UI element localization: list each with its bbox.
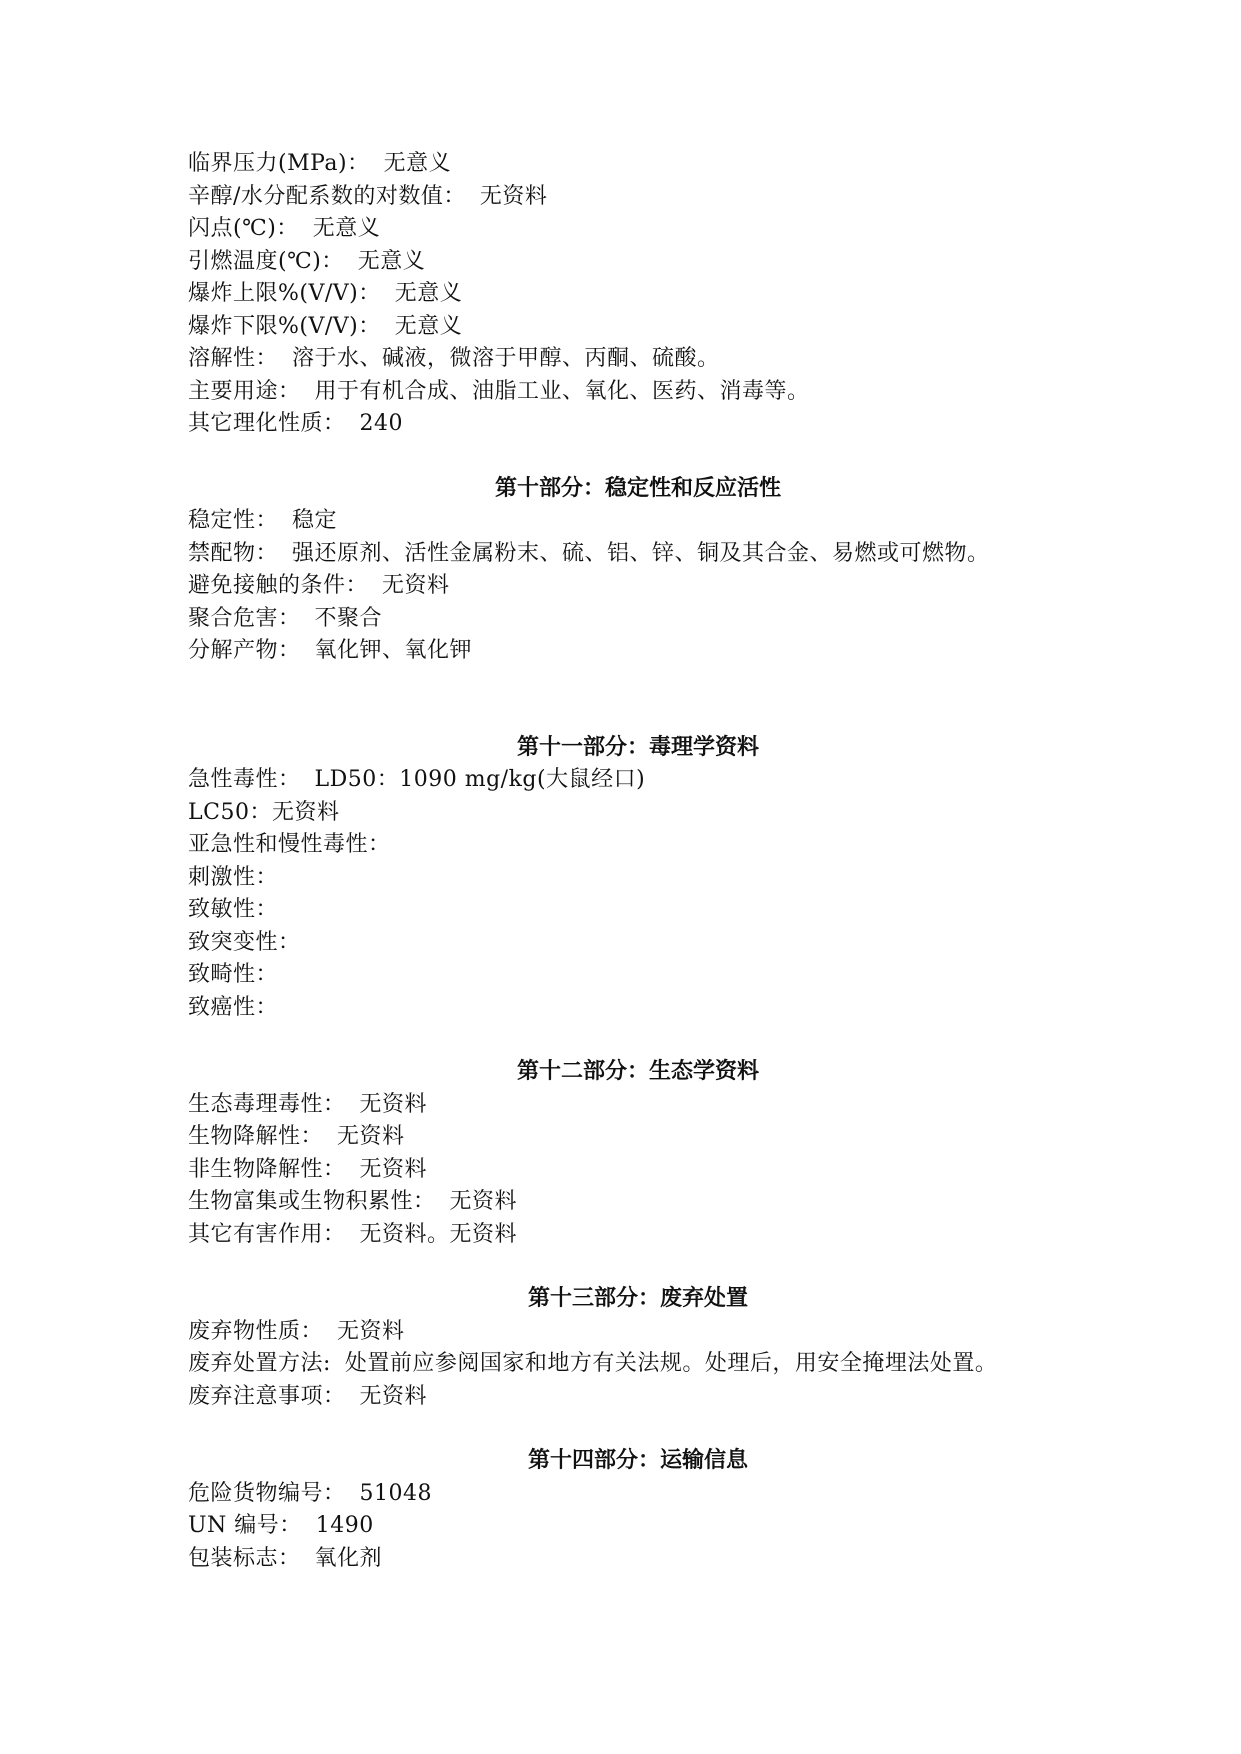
document-page: 临界压力(MPa)：无意义 辛醇/水分配系数的对数值：无资料 闪点(℃)：无意义… [188,148,1088,1575]
section-disposal: 第十三部分：废弃处置 废弃物性质：无资料 废弃处置方法:处置前应参阅国家和地方有… [188,1283,1088,1413]
section-heading: 第十部分：稳定性和反应活性 [188,473,1088,506]
field-abiotic-degradability: 非生物降解性：无资料 [188,1154,1088,1187]
spacer [188,1413,1088,1445]
field-un-number: UN 编号：1490 [188,1510,1088,1543]
section-ecology: 第十二部分：生态学资料 生态毒理毒性：无资料 生物降解性：无资料 非生物降解性：… [188,1056,1088,1251]
field-bioaccumulation: 生物富集或生物积累性：无资料 [188,1186,1088,1219]
field-incompatible-materials: 禁配物：强还原剂、活性金属粉末、硫、铝、锌、铜及其合金、易燃或可燃物。 [188,538,1088,571]
section-heading: 第十三部分：废弃处置 [188,1283,1088,1316]
field-disposal-notes: 废弃注意事项：无资料 [188,1381,1088,1414]
field-carcinogenicity: 致癌性： [188,992,1088,1025]
spacer [188,1024,1088,1056]
field-waste-nature: 废弃物性质：无资料 [188,1316,1088,1349]
field-stability: 稳定性：稳定 [188,505,1088,538]
field-log-kow: 辛醇/水分配系数的对数值：无资料 [188,181,1088,214]
section-toxicology: 第十一部分：毒理学资料 急性毒性：LD50：1090 mg/kg(大鼠经口) L… [188,732,1088,1025]
field-disposal-method: 废弃处置方法:处置前应参阅国家和地方有关法规。处理后，用安全掩埋法处置。 [188,1348,1088,1381]
physical-chemical-properties: 临界压力(MPa)：无意义 辛醇/水分配系数的对数值：无资料 闪点(℃)：无意义… [188,148,1088,441]
field-packaging-label: 包装标志：氧化剂 [188,1543,1088,1576]
spacer [188,668,1088,732]
section-stability: 第十部分：稳定性和反应活性 稳定性：稳定 禁配物：强还原剂、活性金属粉末、硫、铝… [188,473,1088,668]
field-conditions-to-avoid: 避免接触的条件：无资料 [188,570,1088,603]
spacer [188,441,1088,473]
section-transport: 第十四部分：运输信息 危险货物编号：51048 UN 编号：1490 包装标志：… [188,1445,1088,1575]
field-mutagenicity: 致突变性： [188,927,1088,960]
field-main-uses: 主要用途：用于有机合成、油脂工业、氧化、医药、消毒等。 [188,376,1088,409]
field-other-harmful-effects: 其它有害作用：无资料。无资料 [188,1219,1088,1252]
field-dangerous-goods-number: 危险货物编号：51048 [188,1478,1088,1511]
field-upper-explosive-limit: 爆炸上限%(V/V)：无意义 [188,278,1088,311]
field-lc50: LC50：无资料 [188,797,1088,830]
field-lower-explosive-limit: 爆炸下限%(V/V)：无意义 [188,311,1088,344]
spacer [188,1251,1088,1283]
field-sensitization: 致敏性： [188,894,1088,927]
section-heading: 第十一部分：毒理学资料 [188,732,1088,765]
field-solubility: 溶解性：溶于水、碱液，微溶于甲醇、丙酮、硫酸。 [188,343,1088,376]
field-ecotoxicity: 生态毒理毒性：无资料 [188,1089,1088,1122]
field-decomposition-products: 分解产物：氧化钾、氧化钾 [188,635,1088,668]
field-flash-point: 闪点(℃)：无意义 [188,213,1088,246]
field-critical-pressure: 临界压力(MPa)：无意义 [188,148,1088,181]
field-polymerization-hazard: 聚合危害：不聚合 [188,603,1088,636]
field-biodegradability: 生物降解性：无资料 [188,1121,1088,1154]
field-teratogenicity: 致畸性： [188,959,1088,992]
section-heading: 第十二部分：生态学资料 [188,1056,1088,1089]
field-chronic-toxicity: 亚急性和慢性毒性： [188,829,1088,862]
field-other-properties: 其它理化性质：240 [188,408,1088,441]
field-acute-toxicity: 急性毒性：LD50：1090 mg/kg(大鼠经口) [188,764,1088,797]
field-ignition-temp: 引燃温度(℃)：无意义 [188,246,1088,279]
field-irritation: 刺激性： [188,862,1088,895]
section-heading: 第十四部分：运输信息 [188,1445,1088,1478]
